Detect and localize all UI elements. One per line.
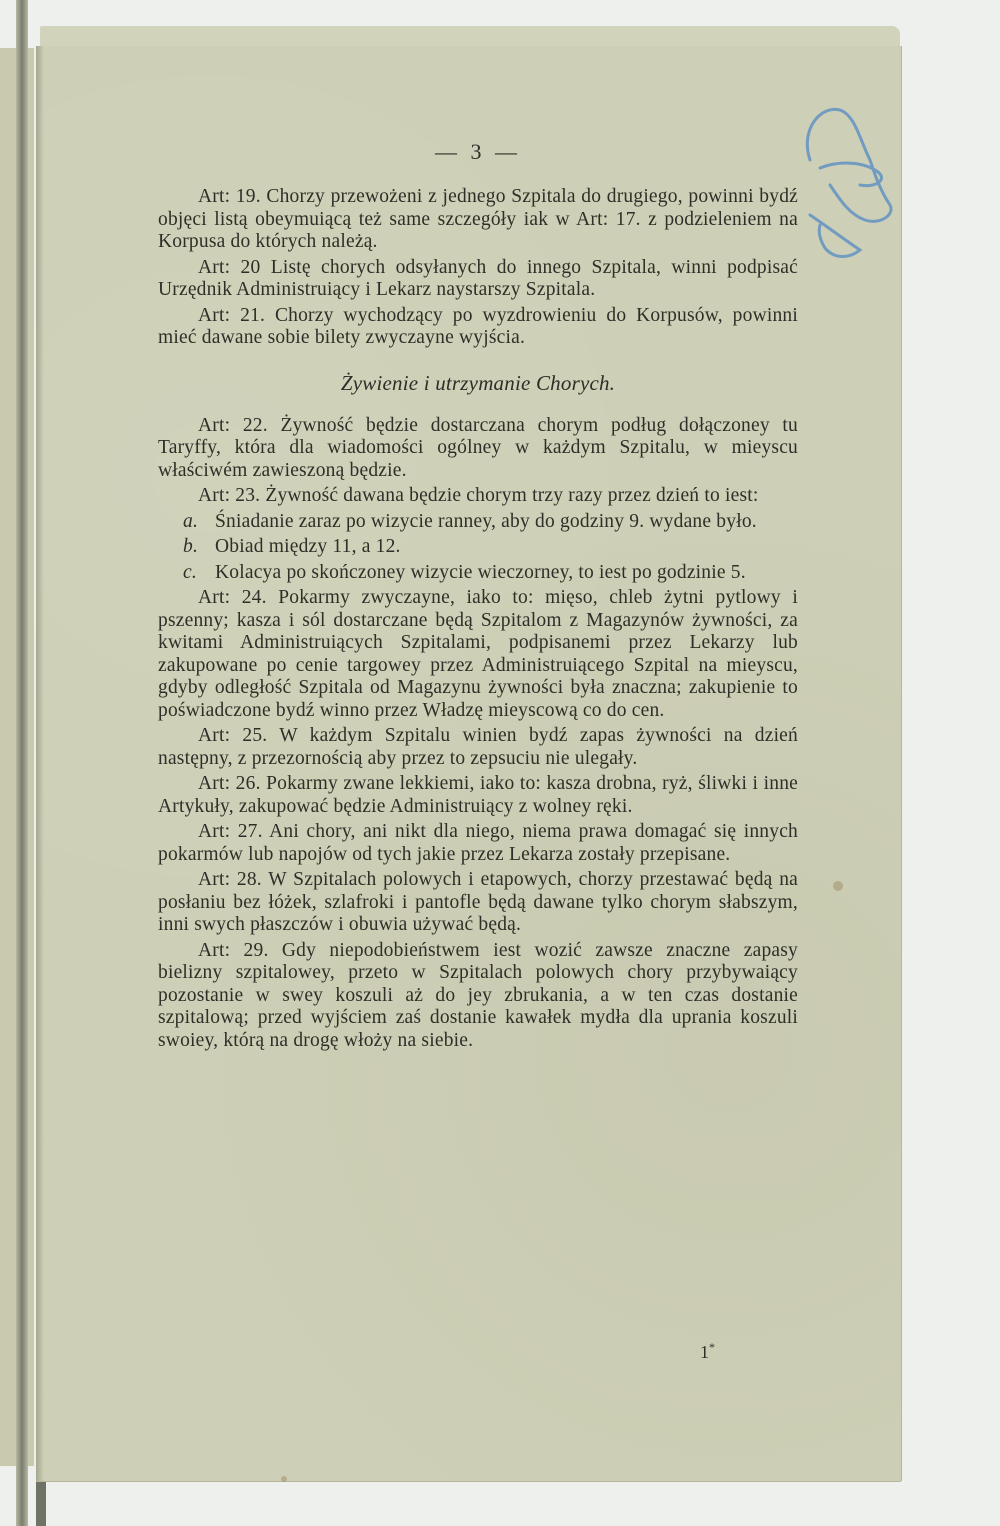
meal-list-item: c. Kolacya po skończoney wizycie wieczor…: [183, 562, 798, 585]
page-number: — 3 —: [158, 140, 798, 164]
document-body: — 3 — Art: 19. Chorzy przewożeni z jedne…: [158, 140, 798, 1055]
article-21: Art: 21. Chorzy wychodzący po wyzdrowien…: [158, 305, 798, 350]
paper-stain: [833, 881, 843, 891]
book-spine: [16, 0, 28, 1526]
list-text: Śniadanie zaraz po wizycie ranney, aby d…: [215, 511, 798, 534]
article-23: Art: 23. Żywność dawana będzie chorym tr…: [158, 485, 798, 508]
signature-number: 1: [700, 1342, 709, 1362]
section-heading: Żywienie i utrzymanie Chorych.: [158, 371, 798, 395]
list-marker: b.: [183, 536, 215, 559]
article-19: Art: 19. Chorzy przewożeni z jednego Szp…: [158, 186, 798, 254]
list-marker: a.: [183, 511, 215, 534]
spine-bottom: [36, 1480, 46, 1526]
signature-star: *: [709, 1340, 715, 1354]
article-24: Art: 24. Pokarmy zwyczayne, iako to: mię…: [158, 587, 798, 722]
meal-list-item: a. Śniadanie zaraz po wizycie ranney, ab…: [183, 511, 798, 534]
article-28: Art: 28. W Szpitalach polowych i etapowy…: [158, 869, 798, 937]
article-27: Art: 27. Ani chory, ani nikt dla niego, …: [158, 821, 798, 866]
article-20: Art: 20 Listę chorych odsyłanych do inne…: [158, 257, 798, 302]
paper-stain: [281, 1476, 287, 1482]
list-marker: c.: [183, 562, 215, 585]
handwritten-pencil-mark-icon: [780, 100, 900, 270]
list-text: Kolacya po skończoney wizycie wieczorney…: [215, 562, 798, 585]
article-26: Art: 26. Pokarmy zwane lekkiemi, iako to…: [158, 773, 798, 818]
article-22: Art: 22. Żywność będzie dostarczana chor…: [158, 415, 798, 483]
printer-signature-mark: 1*: [700, 1340, 715, 1363]
list-text: Obiad między 11, a 12.: [215, 536, 798, 559]
meal-list-item: b. Obiad między 11, a 12.: [183, 536, 798, 559]
binding-shadow: [36, 46, 44, 1481]
article-25: Art: 25. W każdym Szpitalu winien bydź z…: [158, 725, 798, 770]
article-29: Art: 29. Gdy niepodobieństwem iest wozić…: [158, 940, 798, 1053]
